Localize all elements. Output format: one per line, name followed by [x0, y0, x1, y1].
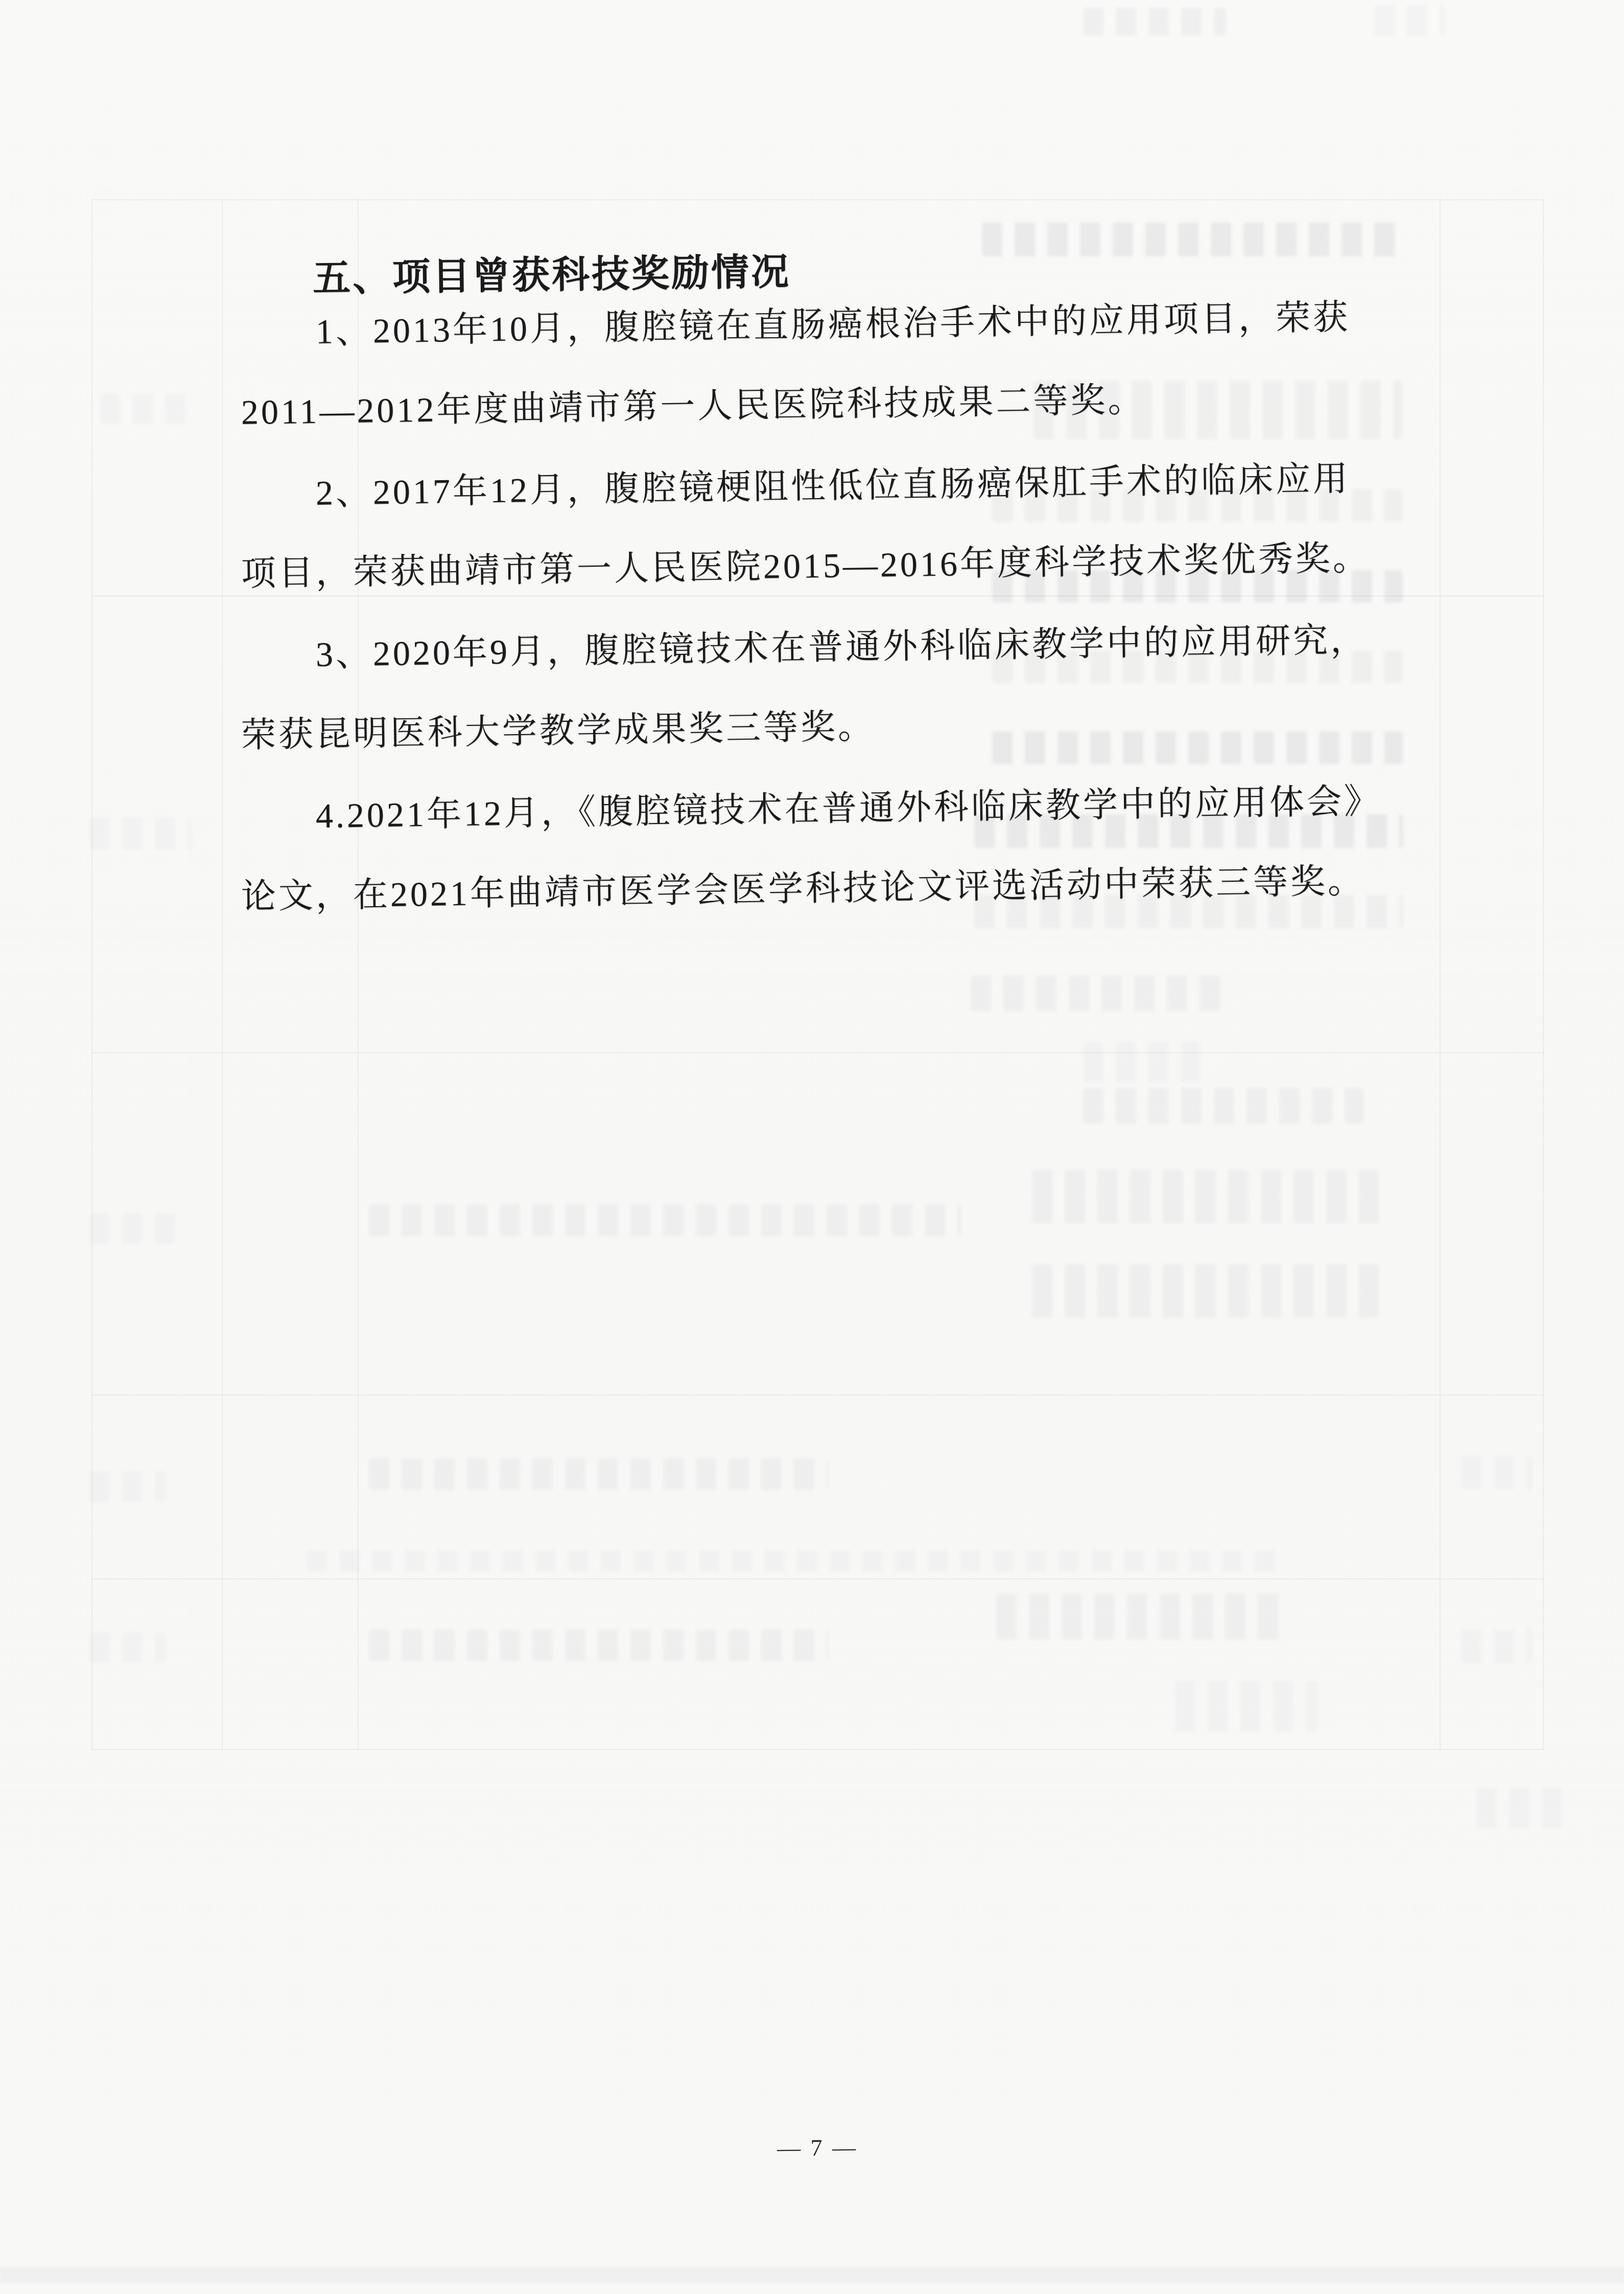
grid-line [91, 199, 1544, 200]
grid-line [222, 199, 223, 1750]
section-title: 五、项目曾获科技奖励情况 [312, 242, 791, 302]
bleedthrough-smudge [982, 223, 1403, 256]
bleedthrough-smudge [1175, 1681, 1318, 1732]
bleedthrough-smudge [89, 817, 192, 850]
grid-line [91, 1052, 1544, 1053]
bleedthrough-smudge [89, 1471, 166, 1502]
grid-line [91, 1394, 1544, 1396]
grid-line [1440, 199, 1441, 1750]
bleedthrough-smudge [1032, 1170, 1379, 1223]
bleedthrough-smudge [971, 976, 1226, 1011]
bleedthrough-smudge [992, 731, 1403, 764]
body-text-line: 荣获昆明医科大学教学成果奖三等奖。 [241, 703, 875, 758]
grid-line [91, 199, 92, 1750]
bleedthrough-smudge [1083, 8, 1226, 36]
bleedthrough-smudge [369, 1458, 829, 1490]
grid-line [91, 1749, 1544, 1750]
bleedthrough-smudge [369, 1629, 829, 1661]
bleedthrough-smudge [0, 2267, 1624, 2283]
bleedthrough-smudge [1032, 1264, 1379, 1318]
bleedthrough-smudge [1461, 1629, 1533, 1663]
bleedthrough-smudge [1083, 1088, 1364, 1124]
body-text-line: 1、2013年10月，腹腔镜在直肠癌根治手术中的应用项目，荣获 [315, 294, 1350, 354]
bleedthrough-smudge [307, 1550, 1277, 1572]
page-number: — 7 — [751, 2134, 884, 2162]
scanned-document-page: 五、项目曾获科技奖励情况 1、2013年10月，腹腔镜在直肠癌根治手术中的应用项… [0, 0, 1624, 2294]
grid-line [1543, 199, 1544, 1750]
bleedthrough-smudge [1461, 1456, 1533, 1489]
grid-line [91, 1578, 1544, 1579]
bleedthrough-smudge [89, 1632, 166, 1663]
body-text-line: 2011—2012年度曲靖市第一人民医院科技成果二等奖。 [241, 376, 1145, 435]
bleedthrough-smudge [369, 1204, 961, 1236]
bleedthrough-smudge [996, 1594, 1282, 1640]
bleedthrough-smudge [1083, 1042, 1201, 1083]
bleedthrough-smudge [1374, 5, 1446, 36]
bleedthrough-smudge [100, 393, 192, 424]
bleedthrough-smudge [1476, 1788, 1568, 1829]
bleedthrough-smudge [89, 1213, 181, 1244]
